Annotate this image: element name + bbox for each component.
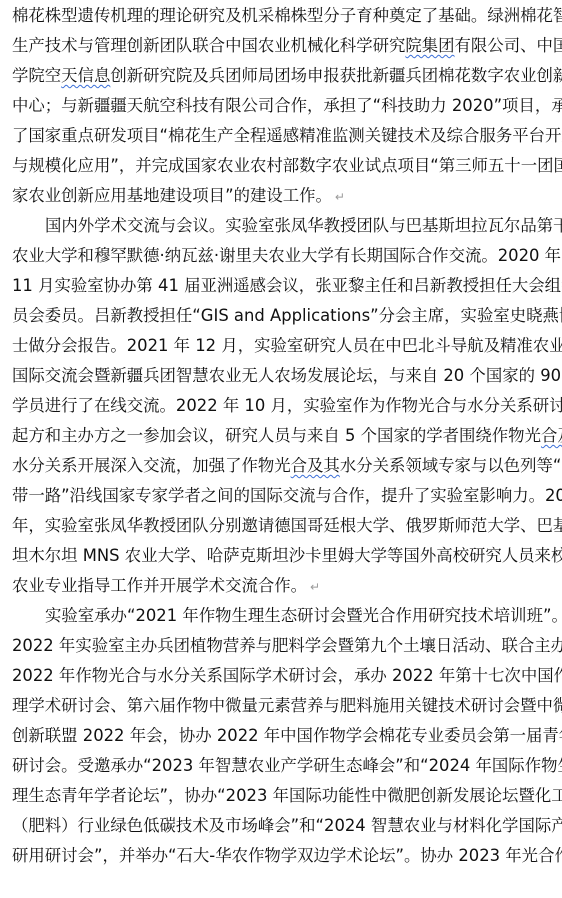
text-segment: 生产技术与管理创新团队联合中国农业机械化科学研究: [12, 36, 405, 55]
text-line: 创新联盟 2022 年会，协办 2022 年中国作物学会棉花专业委员会第一届青年…: [12, 721, 552, 751]
text-line: 年，实验室张凤华教授团队分别邀请德国哥廷根大学、俄罗斯师范大学、巴基斯: [12, 511, 552, 541]
text-segment: 农业专业指导工作并开展学术交流合作。: [12, 576, 307, 595]
paragraph-3: 实验室承办“2021 年作物生理生态研讨会暨光合作用研究技术培训班”。 2022…: [12, 601, 552, 871]
text-line: 起方和主办方之一参加会议，研究人员与来自 5 个国家的学者围绕作物光合及其: [12, 421, 552, 451]
spellcheck-underline[interactable]: 合及其: [291, 456, 340, 475]
text-line: 了国家重点研发项目“棉花生产全程遥感精准监测关键技术及综合服务平台开发: [12, 121, 552, 151]
paragraph-1: 棉花株型遗传机理的理论研究及机采棉株型分子育种奠定了基础。绿洲棉花智慧 生产技术…: [12, 1, 552, 211]
spellcheck-underline[interactable]: 院集团: [405, 36, 454, 55]
paragraph-2: 国内外学术交流与会议。实验室张凤华教授团队与巴基斯坦拉瓦尔品第干旱 农业大学和穆…: [12, 211, 552, 601]
text-segment: 水分关系领域专家与以色列等“一: [340, 456, 562, 475]
text-line: 学员进行了在线交流。2022 年 10 月，实验室作为作物光合与水分关系研讨会发: [12, 391, 552, 421]
text-line: 棉花株型遗传机理的理论研究及机采棉株型分子育种奠定了基础。绿洲棉花智慧: [12, 1, 552, 31]
text-line: 与规模化应用”，并完成国家农业农村部数字农业试点项目“第三师五十一团国: [12, 151, 552, 181]
text-line: 研讨会。受邀承办“2023 年智慧农业产学研生态峰会”和“2024 年国际作物生: [12, 751, 552, 781]
text-line: 2022 年实验室主办兵团植物营养与肥料学会暨第九个土壤日活动、联合主办: [12, 631, 552, 661]
text-line: 中心；与新疆疆天航空科技有限公司合作，承担了“科技助力 2020”项目，承担: [12, 91, 552, 121]
text-line: 员会委员。吕新教授担任“GIS and Applications”分会主席，实验…: [12, 301, 552, 331]
text-line: 坦木尔坦 MNS 农业大学、哈萨克斯坦沙卡里姆大学等国外高校研究人员来校进行: [12, 541, 552, 571]
text-line: 农业专业指导工作并开展学术交流合作。↵: [12, 571, 552, 601]
text-line: 生产技术与管理创新团队联合中国农业机械化科学研究院集团有限公司、中国科: [12, 31, 552, 61]
paragraph-mark-icon: ↵: [310, 580, 320, 594]
text-line: 水分关系开展深入交流，加强了作物光合及其水分关系领域专家与以色列等“一: [12, 451, 552, 481]
text-line: 研用研讨会”，并举办“石大-华农作物学双边学术论坛”。协办 2023 年光合作: [12, 841, 552, 871]
text-line: 国内外学术交流与会议。实验室张凤华教授团队与巴基斯坦拉瓦尔品第干旱: [12, 211, 552, 241]
text-segment: 学院空: [12, 66, 61, 85]
text-line: 理学术研讨会、第六届作物中微量元素营养与肥料施用关键技术研讨会暨中微肥: [12, 691, 552, 721]
text-line: 士做分会报告。2021 年 12 月，实验室研究人员在中巴北斗导航及精准农业技术: [12, 331, 552, 361]
text-line: 实验室承办“2021 年作物生理生态研讨会暨光合作用研究技术培训班”。: [12, 601, 552, 631]
text-segment: 创新研究院及兵团师局团场申报获批新疆兵团棉花数字农业创新: [110, 66, 562, 85]
text-segment: 家农业创新应用基地建设项目”的建设工作。: [12, 186, 332, 205]
text-line: 家农业创新应用基地建设项目”的建设工作。↵: [12, 181, 552, 211]
spellcheck-underline[interactable]: 合及其: [541, 426, 562, 445]
text-line: 11 月实验室协办第 41 届亚洲遥感会议，张亚黎主任和吕新教授担任大会组织委: [12, 271, 552, 301]
text-line: 2022 年作物光合与水分关系国际学术研讨会，承办 2022 年第十七次中国作物…: [12, 661, 552, 691]
paragraph-mark-icon: ↵: [335, 190, 345, 204]
text-segment: 起方和主办方之一参加会议，研究人员与来自 5 个国家的学者围绕作物光: [12, 426, 541, 445]
text-line: 带一路”沿线国家专家学者之间的国际交流与合作，提升了实验室影响力。2024: [12, 481, 552, 511]
text-segment: 有限公司、中国科: [455, 36, 562, 55]
text-line: 农业大学和穆罕默德·纳瓦兹·谢里夫农业大学有长期国际合作交流。2020 年: [12, 241, 552, 271]
spellcheck-underline[interactable]: 天信息: [61, 66, 110, 85]
document-page: 棉花株型遗传机理的理论研究及机采棉株型分子育种奠定了基础。绿洲棉花智慧 生产技术…: [0, 0, 562, 898]
text-line: （肥料）行业绿色低碳技术及市场峰会”和“2024 智慧农业与材料化学国际产学: [12, 811, 552, 841]
text-line: 理生态青年学者论坛”，协办“2023 年国际功能性中微肥创新发展论坛暨化工: [12, 781, 552, 811]
text-line: 学院空天信息创新研究院及兵团师局团场申报获批新疆兵团棉花数字农业创新: [12, 61, 552, 91]
text-line: 国际交流会暨新疆兵团智慧农业无人农场发展论坛，与来自 20 个国家的 90 多位: [12, 361, 552, 391]
text-segment: 水分关系开展深入交流，加强了作物光: [12, 456, 291, 475]
